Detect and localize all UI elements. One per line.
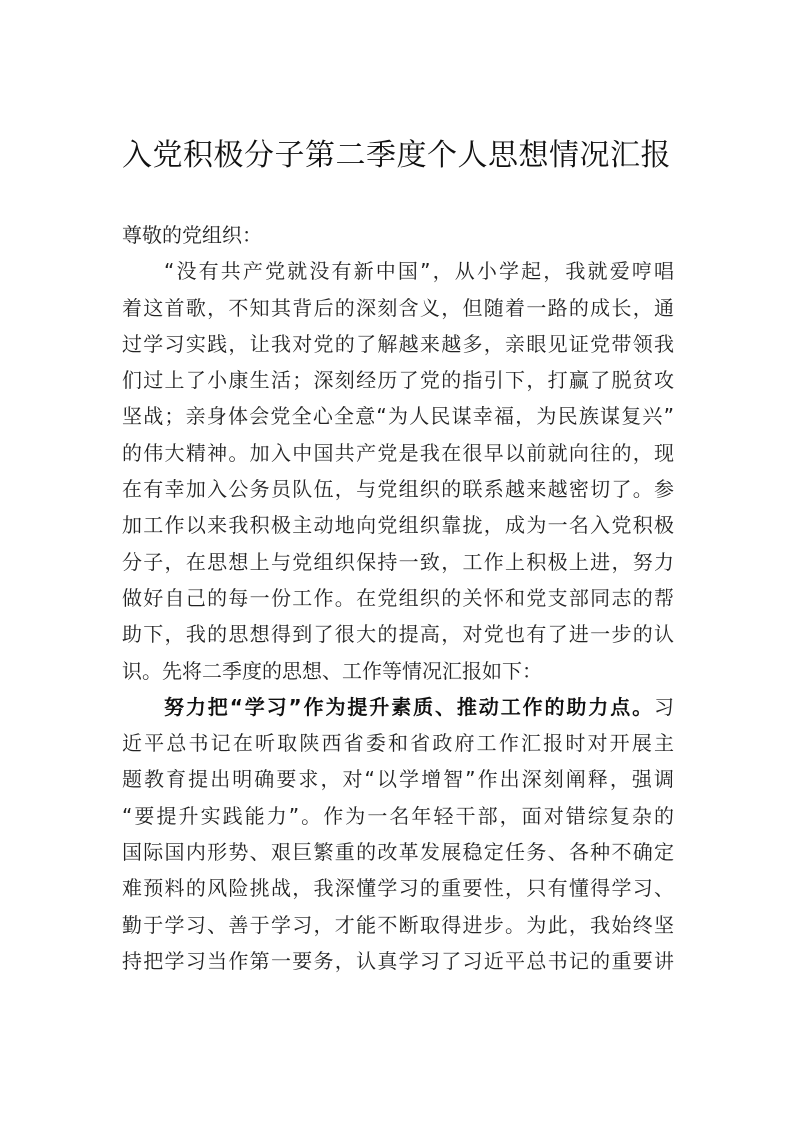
paragraph-line: 识。先将二季度的思想、工作等情况汇报如下： (122, 653, 674, 689)
paragraph-2: 努力把“学习”作为提升素质、推动工作的助力点。习 近平总书记在听取陕西省委和省政… (122, 689, 674, 979)
salutation: 尊敬的党组织： (122, 217, 674, 253)
paragraph-line: 国际国内形势、艰巨繁重的改革发展稳定任务、各种不确定 (122, 834, 674, 870)
paragraph-line: “要提升实践能力”。作为一名年轻干部，面对错综复杂的 (122, 798, 674, 834)
paragraph-line: 近平总书记在听取陕西省委和省政府工作汇报时对开展主 (122, 725, 674, 761)
section-heading: 努力把“学习”作为提升素质、推动工作的助力点。 (164, 695, 654, 719)
paragraph-line: 持把学习当作第一要务，认真学习了习近平总书记的重要讲 (122, 943, 674, 979)
paragraph-line: “没有共产党就没有新中国”，从小学起，我就爱哼唱 (122, 253, 674, 289)
document-page: 入党积极分子第二季度个人思想情况汇报 尊敬的党组织： “没有共产党就没有新中国”… (0, 0, 793, 1122)
document-title: 入党积极分子第二季度个人思想情况汇报 (100, 134, 693, 178)
paragraph-line: 坚战；亲身体会党全心全意“为人民谋幸福，为民族谋复兴” (122, 398, 674, 434)
paragraph-line: 勤于学习、善于学习，才能不断取得进步。为此，我始终坚 (122, 907, 674, 943)
paragraph-1: “没有共产党就没有新中国”，从小学起，我就爱哼唱 着这首歌，不知其背后的深刻含义… (122, 253, 674, 689)
paragraph-line: 的伟大精神。加入中国共产党是我在很早以前就向往的，现 (122, 435, 674, 471)
paragraph-line: 们过上了小康生活；深刻经历了党的指引下，打赢了脱贫攻 (122, 362, 674, 398)
paragraph-line: 着这首歌，不知其背后的深刻含义，但随着一路的成长，通 (122, 290, 674, 326)
paragraph-line: 分子，在思想上与党组织保持一致，工作上积极上进，努力 (122, 544, 674, 580)
heading-continuation: 习 (654, 695, 674, 719)
paragraph-line: 难预料的风险挑战，我深懂学习的重要性，只有懂得学习、 (122, 870, 674, 906)
paragraph-line: 做好自己的每一份工作。在党组织的关怀和党支部同志的帮 (122, 580, 674, 616)
paragraph-line: 在有幸加入公务员队伍，与党组织的联系越来越密切了。参 (122, 471, 674, 507)
paragraph-line: 题教育提出明确要求，对“以学增智”作出深刻阐释，强调 (122, 761, 674, 797)
paragraph-line: 加工作以来我积极主动地向党组织靠拢，成为一名入党积极 (122, 507, 674, 543)
paragraph-line: 过学习实践，让我对党的了解越来越多，亲眼见证党带领我 (122, 326, 674, 362)
paragraph-line: 助下，我的思想得到了很大的提高，对党也有了进一步的认 (122, 616, 674, 652)
document-body: 尊敬的党组织： “没有共产党就没有新中国”，从小学起，我就爱哼唱 着这首歌，不知… (122, 217, 674, 979)
paragraph-line: 努力把“学习”作为提升素质、推动工作的助力点。习 (122, 689, 674, 725)
